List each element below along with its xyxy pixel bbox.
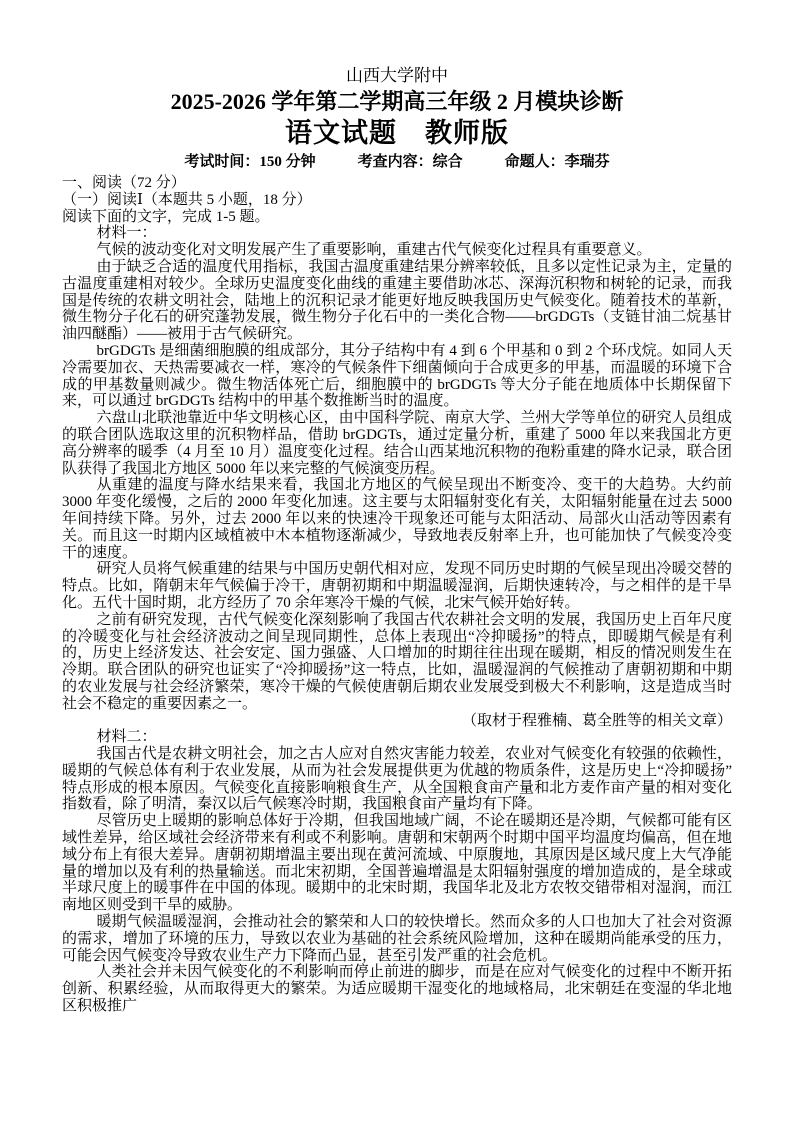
exam-body: 一、阅读（72 分） （一）阅读Ⅰ（本题共 5 小题，18 分） 阅读下面的文字… bbox=[62, 175, 732, 1015]
material-one-source: （取材于程雅楠、葛全胜等的相关文章） bbox=[62, 713, 732, 730]
material-one-paragraph: 从重建的温度与降水结果来看，我国北方地区的气候呈现出不断变冷、变干的大趋势。大约… bbox=[62, 477, 732, 561]
material-one-paragraph: 之前有研究发现，古代气候变化深刻影响了我国古代农耕社会文明的发展，我国历史上百年… bbox=[62, 612, 732, 713]
exam-author: 命题人：李瑞芬 bbox=[505, 150, 610, 174]
material-two-paragraph: 尽管历史上暖期的影响总体好于冷期，但我国地域广阔，不论在暖期还是冷期，气候都可能… bbox=[62, 813, 732, 914]
exam-paper-page: 山西大学附中 2025-2026 学年第二学期高三年级 2 月模块诊断 语文试题… bbox=[0, 0, 794, 1123]
section-heading: 一、阅读（72 分） bbox=[62, 175, 732, 192]
exam-session-title: 2025-2026 学年第二学期高三年级 2 月模块诊断 bbox=[62, 87, 732, 117]
reading-instruction: 阅读下面的文字，完成 1-5 题。 bbox=[62, 209, 732, 226]
exam-time: 考试时间：150 分钟 bbox=[184, 150, 315, 174]
exam-content: 考查内容：综合 bbox=[358, 150, 463, 174]
material-two-paragraph: 暖期气候温暖湿润，会推动社会的繁荣和人口的较快增长。然而众多的人口也加大了社会对… bbox=[62, 914, 732, 964]
material-two-paragraph: 我国古代是农耕文明社会，加之古人应对自然灾害能力较差，农业对气候变化有较强的依赖… bbox=[62, 746, 732, 813]
material-one-paragraph: 六盘山北联池靠近中华文明核心区，由中国科学院、南京大学、兰州大学等单位的研究人员… bbox=[62, 410, 732, 477]
subject-title: 语文试题 教师版 bbox=[62, 117, 732, 150]
material-one-paragraph: 研究人员将气候重建的结果与中国历史朝代相对应，发现不同历史时期的气候呈现出冷暖交… bbox=[62, 561, 732, 611]
school-name: 山西大学附中 bbox=[62, 64, 732, 87]
exam-info-line: 考试时间：150 分钟 考查内容：综合 命题人：李瑞芬 bbox=[62, 150, 732, 174]
material-one-paragraph: 气候的波动变化对文明发展产生了重要影响，重建古代气候变化过程具有重要意义。 bbox=[62, 242, 732, 259]
page-header: 山西大学附中 2025-2026 学年第二学期高三年级 2 月模块诊断 语文试题… bbox=[62, 64, 732, 174]
material-one-paragraph: brGDGTs 是细菌细胞膜的组成部分，其分子结构中有 4 到 6 个甲基和 0… bbox=[62, 343, 732, 410]
material-one-paragraph: 由于缺乏合适的温度代用指标，我国古温度重建结果分辨率较低，且多以定性记录为主，定… bbox=[62, 259, 732, 343]
subsection-heading: （一）阅读Ⅰ（本题共 5 小题，18 分） bbox=[62, 192, 732, 209]
material-two-paragraph: 人类社会并未因气候变化的不利影响而停止前进的脚步，而是在应对气候变化的过程中不断… bbox=[62, 964, 732, 1014]
material-two-label: 材料二： bbox=[62, 729, 732, 746]
material-one-label: 材料一： bbox=[62, 225, 732, 242]
